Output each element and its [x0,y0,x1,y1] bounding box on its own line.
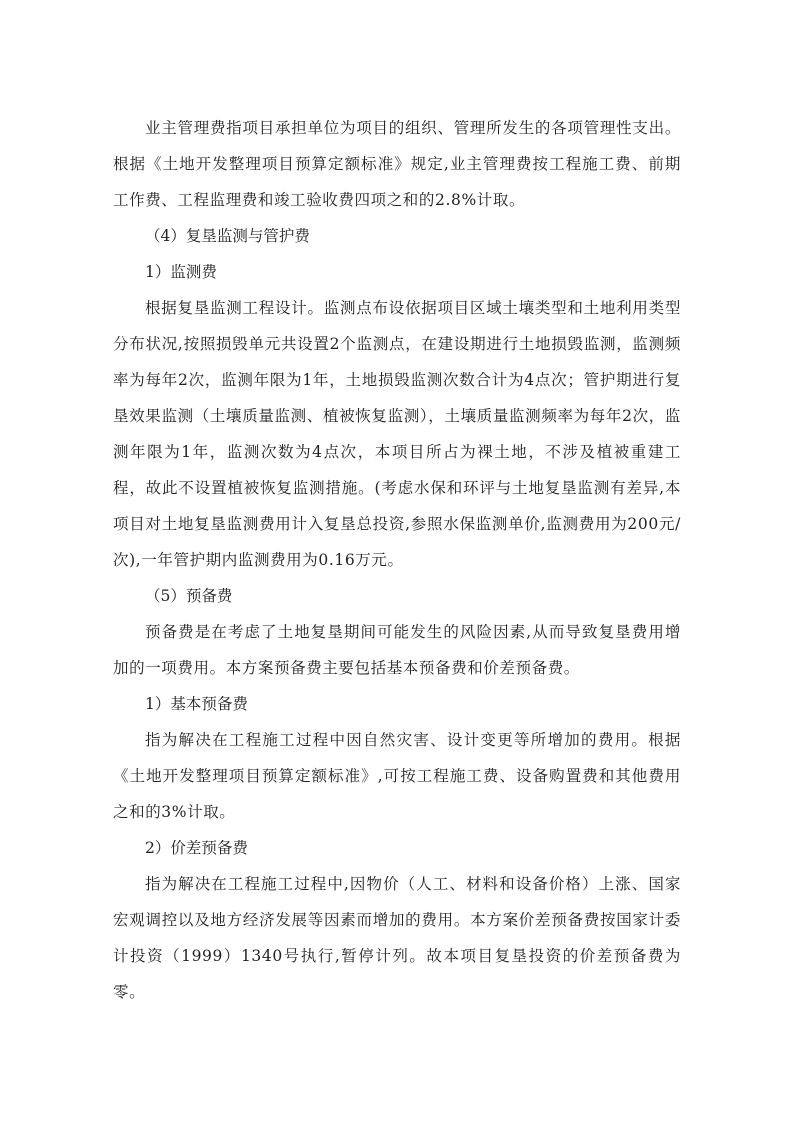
heading-monitoring-fee: 1）监测费 [113,254,681,290]
heading-basic-reserve: 1）基本预备费 [113,686,681,722]
paragraph-basic-reserve: 指为解决在工程施工过程中因自然灾害、设计变更等所增加的费用。根据《土地开发整理项… [113,722,681,830]
paragraph-price-difference-reserve: 指为解决在工程施工过程中,因物价（人工、材料和设备价格）上涨、国家宏观调控以及地… [113,866,681,1010]
heading-reserve-fee: （5）预备费 [113,578,681,614]
paragraph-reserve-fee: 预备费是在考虑了土地复垦期间可能发生的风险因素,从而导致复垦费用增加的一项费用。… [113,614,681,686]
heading-price-difference-reserve: 2）价差预备费 [113,830,681,866]
paragraph-monitoring-fee: 根据复垦监测工程设计。监测点布设依据项目区域土壤类型和土地利用类型分布状况,按照… [113,290,681,578]
document-page: 业主管理费指项目承担单位为项目的组织、管理所发生的各项管理性支出。根据《土地开发… [113,110,681,1010]
heading-reclamation-monitoring: （4）复垦监测与管护费 [113,218,681,254]
paragraph-owner-management-fee: 业主管理费指项目承担单位为项目的组织、管理所发生的各项管理性支出。根据《土地开发… [113,110,681,218]
